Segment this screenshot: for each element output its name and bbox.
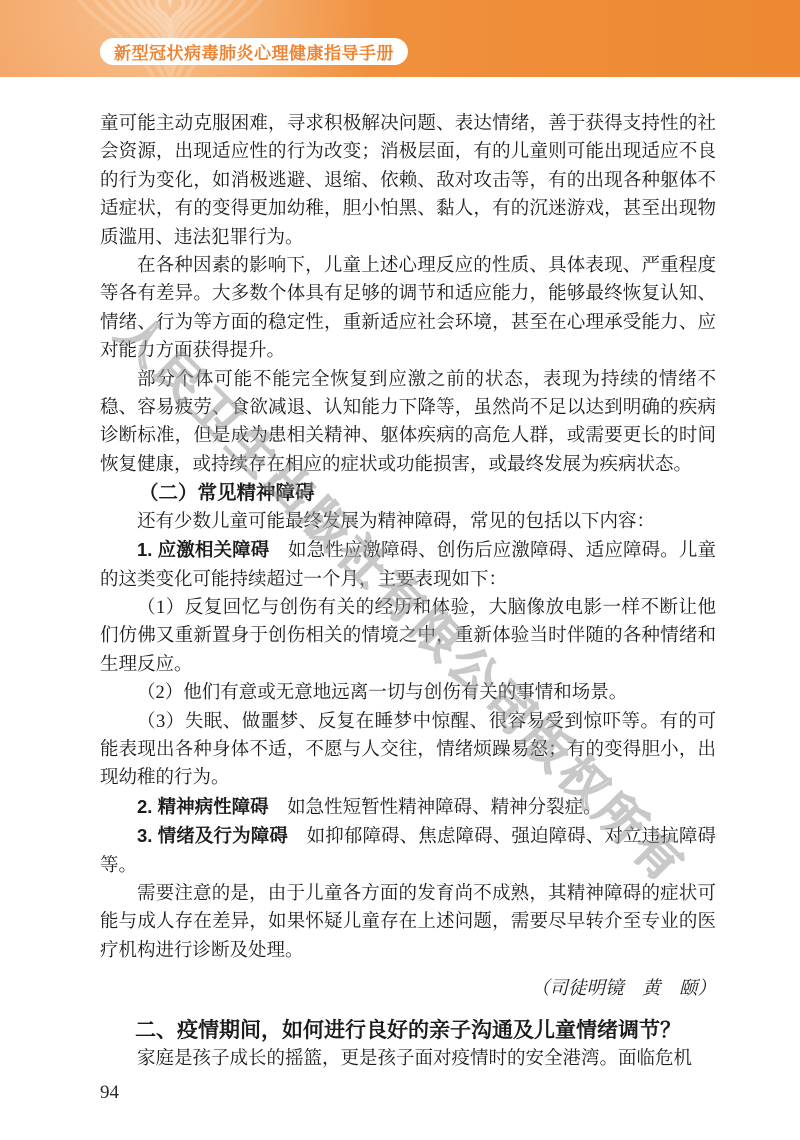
paragraph: 部分个体可能不能完全恢复到应激之前的状态，表现为持续的情绪不稳、容易疲劳、食欲减… (100, 366, 716, 480)
text-run: 部分个体可能不能完全恢复到应激之前的状态，表现为持续的情绪不稳、容易疲劳、食欲减… (100, 370, 716, 475)
paragraph: 童可能主动克服困难，寻求积极解决问题、表达情绪，善于获得支持性的社会资源，出现适… (100, 110, 716, 252)
author-credit: （司徒明镜 黄 颐） (100, 975, 716, 1003)
paragraph: 家庭是孩子成长的摇篮，更是孩子面对疫情时的安全港湾。面临危机 (100, 1045, 716, 1073)
paragraph: 3. 情绪及行为障碍 如抑郁障碍、焦虑障碍、强迫障碍、对立违抗障碍等。 (100, 822, 716, 880)
bold-term: 二、疫情期间，如何进行良好的亲子沟通及儿童情绪调节？ (135, 1019, 681, 1042)
text-run: 需要注意的是，由于儿童各方面的发育尚不成熟，其精神障碍的症状可能与成人存在差异，… (100, 884, 716, 961)
text-run: （1）反复回忆与创伤有关的经历和体验，大脑像放电影一样不断让他们仿佛又重新置身于… (100, 598, 716, 675)
paragraph: 还有少数儿童可能最终发展为精神障碍，常见的包括以下内容： (100, 508, 716, 536)
paragraph: 2. 精神病性障碍 如急性短暂性精神障碍、精神分裂症。 (100, 793, 716, 822)
paragraph: 1. 应激相关障碍 如急性应激障碍、创伤后应激障碍、适应障碍。儿童的这类变化可能… (100, 536, 716, 594)
text-run: 如急性短暂性精神障碍、精神分裂症。 (269, 798, 602, 818)
text-run: 家庭是孩子成长的摇篮，更是孩子面对疫情时的安全港湾。面临危机 (137, 1049, 692, 1069)
bold-term: 1. 应激相关障碍 (137, 539, 269, 560)
bold-term: （二）常见精神障碍 (139, 482, 315, 504)
book-title-badge: 新型冠状病毒肺炎心理健康指导手册 (100, 38, 408, 65)
paragraph: 需要注意的是，由于儿童各方面的发育尚不成熟，其精神障碍的症状可能与成人存在差异，… (100, 880, 716, 965)
bold-term: 2. 精神病性障碍 (137, 796, 269, 817)
paragraph: （2）他们有意或无意地远离一切与创伤有关的事情和场景。 (100, 679, 716, 707)
text-run: （司徒明镜 黄 颐） (531, 979, 716, 999)
book-title-text: 新型冠状病毒肺炎心理健康指导手册 (114, 39, 394, 64)
text-run: 童可能主动克服困难，寻求积极解决问题、表达情绪，善于获得支持性的社会资源，出现适… (100, 114, 716, 248)
text-run: 在各种因素的影响下，儿童上述心理反应的性质、具体表现、严重程度等各有差异。大多数… (100, 256, 716, 361)
paragraph: （1）反复回忆与创伤有关的经历和体验，大脑像放电影一样不断让他们仿佛又重新置身于… (100, 594, 716, 679)
text-run: （3）失眠、做噩梦、反复在睡梦中惊醒、很容易受到惊吓等。有的可能表现出各种身体不… (100, 712, 716, 789)
page-number: 94 (100, 1082, 119, 1104)
header-band: 新型冠状病毒肺炎心理健康指导手册 (0, 0, 800, 77)
text-run: 还有少数儿童可能最终发展为精神障碍，常见的包括以下内容： (137, 512, 655, 532)
book-page: 新型冠状病毒肺炎心理健康指导手册 童可能主动克服困难，寻求积极解决问题、表达情绪… (0, 0, 800, 1140)
bold-term: 3. 情绪及行为障碍 (137, 825, 288, 846)
content-area: 童可能主动克服困难，寻求积极解决问题、表达情绪，善于获得支持性的社会资源，出现适… (100, 110, 716, 1073)
paragraph: （3）失眠、做噩梦、反复在睡梦中惊醒、很容易受到惊吓等。有的可能表现出各种身体不… (100, 708, 716, 793)
section-question-heading: 二、疫情期间，如何进行良好的亲子沟通及儿童情绪调节？ (100, 1017, 716, 1045)
text-run: （2）他们有意或无意地远离一切与创伤有关的事情和场景。 (137, 683, 627, 703)
subsection-heading: （二）常见精神障碍 (100, 479, 716, 507)
paragraph: 在各种因素的影响下，儿童上述心理反应的性质、具体表现、严重程度等各有差异。大多数… (100, 252, 716, 366)
